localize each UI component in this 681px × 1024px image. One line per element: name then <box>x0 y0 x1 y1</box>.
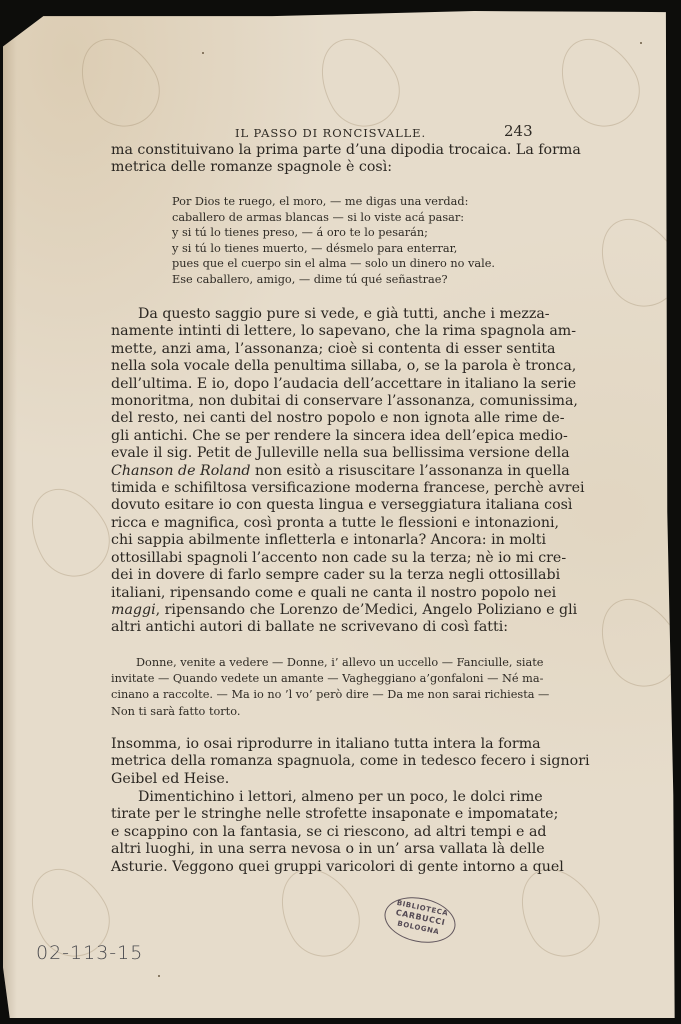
verse-line: Ese caballero, amigo, — dime tú qué seña… <box>172 272 492 288</box>
watermark-decoration <box>65 24 173 140</box>
watermark-decoration <box>585 584 681 700</box>
text-line: monoritma, non dubitai di conservare l’a… <box>111 393 533 410</box>
text-line: namente intinti di lettere, lo sapevano,… <box>111 323 533 340</box>
verse-line: Por Dios te ruego, el moro, — me digas u… <box>172 194 492 210</box>
ballata-quote: Donne, venite a vedere — Donne, i’ allev… <box>111 655 533 720</box>
text-line: ricca e magnifica, così pronta a tutte l… <box>111 515 533 532</box>
text-line: del resto, nei canti del nostro popolo e… <box>111 410 533 427</box>
page-number: 243 <box>504 122 533 140</box>
verse-line: y si tú lo tienes muerto, — désmelo para… <box>172 241 492 257</box>
text-line: Insomma, io osai riprodurre in italiano … <box>111 736 533 753</box>
text-line: maggi, ripensando che Lorenzo de’Medici,… <box>111 602 533 619</box>
text-line: gli antichi. Che se per rendere la since… <box>111 428 533 445</box>
text-line: Asturie. Veggono quei gruppi varicolori … <box>111 859 533 876</box>
text-line: chi sappia abilmente infletterla e inton… <box>111 532 533 549</box>
text-line: altri antichi autori di ballate ne scriv… <box>111 619 533 636</box>
text-line: italiani, ripensando come e quali ne can… <box>111 585 533 602</box>
text-line: Chanson de Roland non esitò a risuscitar… <box>111 463 533 480</box>
verse-line: pues que el cuerpo sin el alma — solo un… <box>172 256 492 272</box>
quote-line: invitate — Quando vedete un amante — Vag… <box>111 671 533 687</box>
shelfmark-pencil-note: 02-113-15 <box>36 942 143 964</box>
text-line: metrica della romanza spagnuola, come in… <box>111 753 533 770</box>
text-line: evale il sig. Petit de Julleville nella … <box>111 445 533 462</box>
watermark-decoration <box>585 204 681 320</box>
text-line: Geibel ed Heise. <box>111 771 533 788</box>
quote-line: cinano a raccolte. — Ma io no ’l vo’ per… <box>111 687 533 703</box>
watermark-decoration <box>545 24 653 140</box>
verse-line: y si tú lo tienes preso, — á oro te lo p… <box>172 225 492 241</box>
paragraph-insomma: Insomma, io osai riprodurre in italiano … <box>111 736 533 788</box>
text-line: altri luoghi, in una serra nevosa o in u… <box>111 841 533 858</box>
text-line: Dimentichino i lettori, almeno per un po… <box>111 789 533 806</box>
text-line: dovuto esitare io con questa lingua e ve… <box>111 497 533 514</box>
text-line: tirate per le stringhe nelle strofette i… <box>111 806 533 823</box>
paper-speck <box>158 975 160 977</box>
paragraph-assonanza: Da questo saggio pure si vede, e già tut… <box>111 306 533 637</box>
paper-speck <box>202 52 204 54</box>
text-line: nella sola vocale della penultima sillab… <box>111 358 533 375</box>
text-line: metrica delle romanze spagnole è così: <box>111 159 533 176</box>
paragraph-dimentichino: Dimentichino i lettori, almeno per un po… <box>111 789 533 876</box>
text-line: dell’ultima. E io, dopo l’audacia dell’a… <box>111 376 533 393</box>
watermark-decoration <box>305 24 413 140</box>
text-line: mette, anzi ama, l’assonanza; cioè si co… <box>111 341 533 358</box>
italic-word: maggi <box>111 602 156 618</box>
text-line: dei in dovere di farlo sempre cader su l… <box>111 567 533 584</box>
spanish-romance-quote: Por Dios te ruego, el moro, — me digas u… <box>172 194 492 288</box>
quote-line: Non ti sarà fatto torto. <box>111 704 533 720</box>
running-head: IL PASSO DI RONCISVALLE. <box>235 126 426 140</box>
intro-text: ma constituivano la prima parte d’una di… <box>111 142 533 177</box>
text-line: e scappino con la fantasia, se ci riesco… <box>111 824 533 841</box>
quote-line: Donne, venite a vedere — Donne, i’ allev… <box>111 655 533 671</box>
text-line: ma constituivano la prima parte d’una di… <box>111 142 533 159</box>
text-line: ottosillabi spagnoli l’accento non cade … <box>111 550 533 567</box>
italic-title: Chanson de Roland <box>111 463 251 479</box>
watermark-decoration <box>15 474 123 590</box>
paper-speck <box>640 42 642 44</box>
text-line: timida e schifiltosa versificazione mode… <box>111 480 533 497</box>
text-line: Da questo saggio pure si vede, e già tut… <box>111 306 533 323</box>
verse-line: caballero de armas blancas — si lo viste… <box>172 210 492 226</box>
